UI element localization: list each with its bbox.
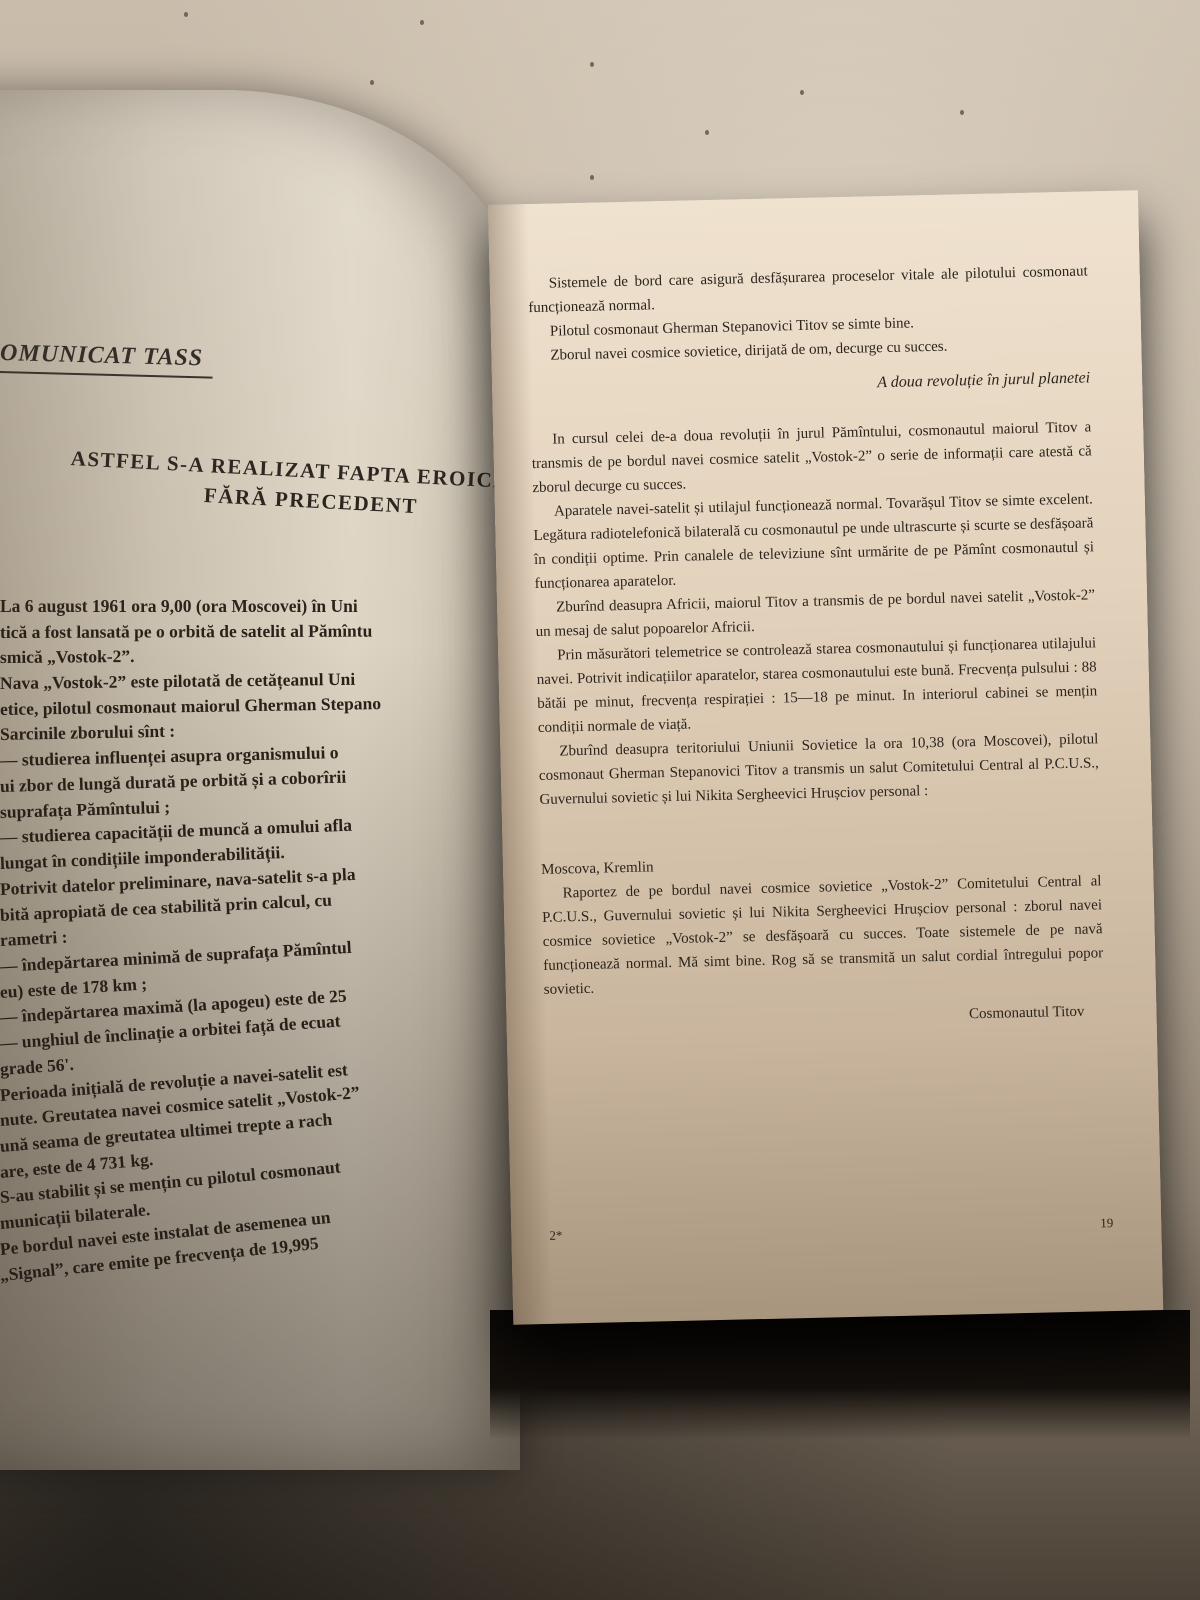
paragraph: In cursul celei de-a doua revoluții în j…: [531, 415, 1092, 500]
paragraph: Aparatele navei-satelit și utilajul func…: [533, 487, 1095, 596]
text-line: — studierea influenței asupra organismul…: [0, 736, 520, 774]
headline-line-1: ASTFEL S-A REALIZAT FAPTA EROICĂ: [70, 446, 510, 493]
text-line: suprafața Pămîntului ;: [0, 783, 520, 825]
headline-line-2: FĂRĂ PRECEDENT: [68, 473, 519, 527]
text-line: ui zbor de lungă durată pe orbită și a c…: [0, 760, 520, 800]
text-line: lungat în condițiile imponderabilității.: [0, 831, 520, 877]
left-page: OMUNICAT TASS ASTFEL S-A REALIZAT FAPTA …: [0, 90, 520, 1470]
text-line: — studierea capacității de muncă a omulu…: [0, 807, 520, 851]
paragraph: Prin măsurători telemetrice se controlea…: [536, 631, 1098, 740]
text-line: Pe bordul navei este instalat de asemene…: [0, 1187, 519, 1263]
signature-mark: 2*: [549, 1228, 562, 1244]
left-page-content: OMUNICAT TASS ASTFEL S-A REALIZAT FAPTA …: [0, 340, 520, 1288]
paper-speck: [420, 20, 424, 25]
text-line: etice, pilotul cosmonaut maiorul Gherman…: [0, 689, 520, 723]
text-line: bită apropiată de cea stabilită prin cal…: [0, 878, 520, 928]
paper-speck: [590, 175, 594, 180]
text-line: ună seama de greutatea ultimei trepte a …: [0, 1092, 519, 1160]
text-line: Nava „Vostok-2” este pilotată de cetățea…: [0, 665, 520, 697]
paragraphs-middle: In cursul celei de-a doua revoluții în j…: [531, 415, 1100, 812]
text-line: Sarcinile zborului sînt :: [0, 712, 520, 748]
message-text: Raportez de pe bordul navei cosmice sovi…: [541, 869, 1104, 1002]
page-number: 19: [1100, 1215, 1113, 1231]
article-headline: ASTFEL S-A REALIZAT FAPTA EROICĂ FĂRĂ PR…: [68, 443, 520, 527]
paper-speck: [705, 130, 709, 135]
text-line: smică „Vostok-2”.: [0, 641, 520, 671]
paragraph: Zburînd deasupra teritoriului Uniunii So…: [538, 727, 1099, 812]
paragraphs-top: Sistemele de bord care asigură desfășura…: [528, 259, 1090, 368]
text-line: tică a fost lansată pe o orbită de satel…: [0, 618, 520, 646]
text-line: La 6 august 1961 ora 9,00 (ora Moscovei)…: [0, 594, 520, 620]
text-line: grade 56'.: [0, 1021, 520, 1083]
text-line: nute. Greutatea navei cosmice satelit „V…: [0, 1068, 519, 1134]
text-line: — îndepărtarea maximă (la apogeu) este d…: [0, 973, 520, 1031]
section-label: OMUNICAT TASS: [0, 340, 213, 379]
paper-speck: [800, 90, 804, 95]
text-line: — îndepărtarea minimă de suprafața Pămîn…: [0, 926, 520, 980]
page-footer: 2* 19: [549, 1215, 1113, 1244]
signature: Cosmonautul Titov: [544, 999, 1104, 1036]
left-body-text: La 6 august 1961 ora 9,00 (ora Moscovei)…: [0, 594, 520, 1288]
text-line: eu) este de 178 km ;: [0, 949, 520, 1005]
text-line: are, este de 4 731 kg.: [0, 1115, 519, 1185]
text-line: — unghiul de înclinație a orbitei față d…: [0, 997, 520, 1057]
text-line: rametri :: [0, 902, 520, 954]
text-line: municații bilaterale.: [0, 1163, 519, 1237]
text-line: Potrivit datelor preliminare, nava-satel…: [0, 855, 520, 903]
text-line: Perioada inițială de revoluție a navei-s…: [0, 1044, 520, 1108]
paper-speck: [184, 12, 188, 17]
text-line: „Signal”, care emite pe frecvența de 19,…: [0, 1210, 519, 1288]
page-shadow: [490, 1310, 1190, 1440]
subheading: A doua revoluție în jurul planetei: [530, 365, 1090, 403]
text-line: S-au stabilit și se mențin cu pilotul co…: [0, 1139, 519, 1211]
right-page: Sistemele de bord care asigură desfășura…: [488, 190, 1163, 1324]
paper-speck: [590, 62, 594, 67]
paper-speck: [960, 110, 964, 115]
paper-speck: [370, 80, 374, 85]
right-page-content: Sistemele de bord care asigură desfășura…: [528, 259, 1105, 1035]
